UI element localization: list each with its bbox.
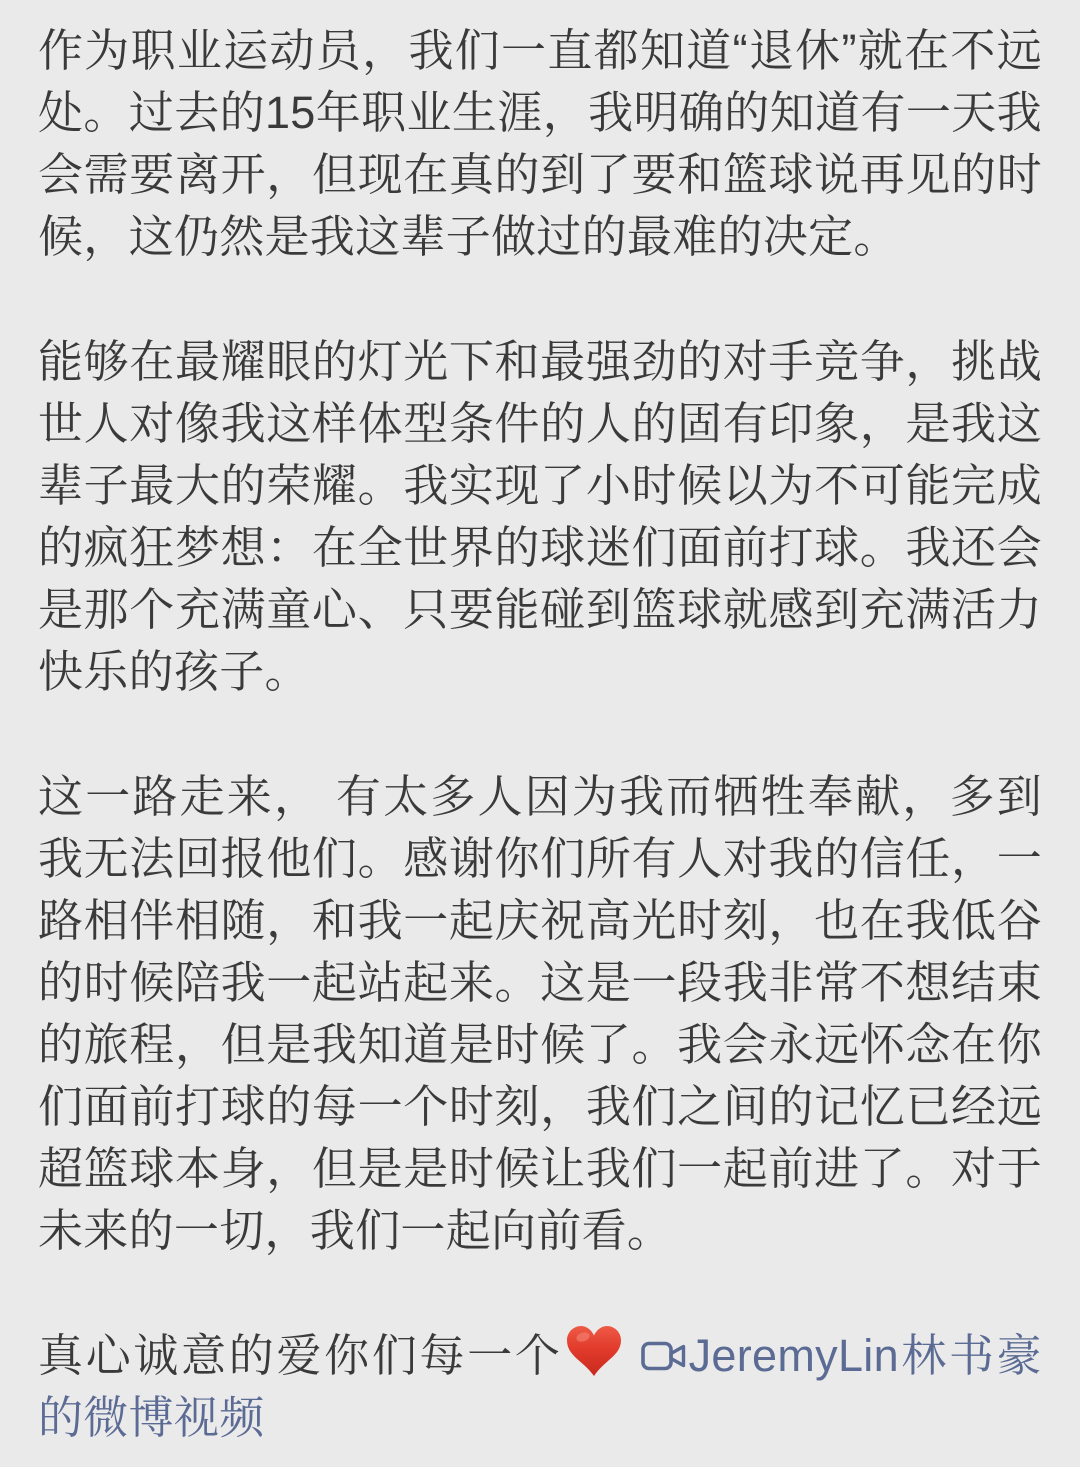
closing-text: 真心诚意的爱你们每一个: [38, 1330, 563, 1381]
video-camera-icon: [641, 1339, 687, 1373]
post-paragraph-2: 能够在最耀眼的灯光下和最强劲的对手竞争，挑战世人对像我这样体型条件的人的固有印象…: [38, 331, 1042, 703]
post-closing-line: 真心诚意的爱你们每一个 JeremyLin林书豪的微博视频: [38, 1325, 1042, 1449]
post-paragraph-1: 作为职业运动员，我们一直都知道“退休”就在不远处。过去的15年职业生涯，我明确的…: [38, 20, 1042, 268]
post-paragraph-3: 这一路走来， 有太多人因为我而牺牲奉献，多到我无法回报他们。感谢你们所有人对我的…: [38, 766, 1042, 1262]
post-body: 作为职业运动员，我们一直都知道“退休”就在不远处。过去的15年职业生涯，我明确的…: [0, 0, 1080, 1449]
red-heart-emoji: [567, 1326, 621, 1376]
